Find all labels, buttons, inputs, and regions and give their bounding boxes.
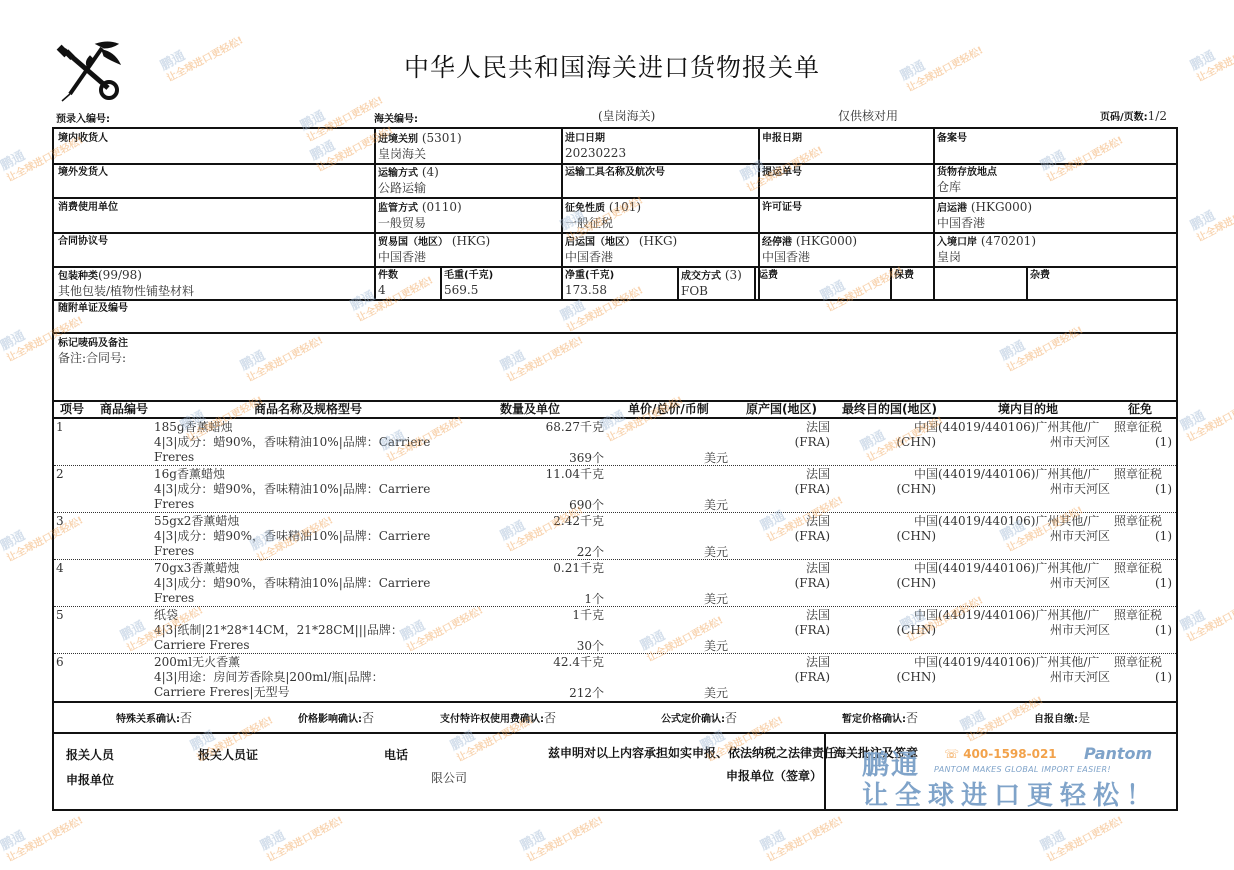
misc-fee-field: 杂费 xyxy=(1030,268,1050,283)
row-levy1: 照章征税 xyxy=(1114,655,1162,670)
col-hs-code: 商品编号 xyxy=(100,402,148,417)
row-item-no: 3 xyxy=(56,514,64,529)
self-declare-confirm: 自报自缴:是 xyxy=(1034,711,1090,727)
row-goods-name: 纸袋 xyxy=(154,608,178,623)
row-origin-code: (FRA) xyxy=(754,623,830,638)
row-domestic1: (44019/440106)广州其他/广 xyxy=(938,655,1099,670)
departure-port-field: 启运港 (HKG000) 中国香港 xyxy=(937,200,1032,231)
watermark: 鹏通让全球进口更轻松! xyxy=(758,802,846,866)
transit-port-field: 经停港 (HKG000) 中国香港 xyxy=(762,234,857,265)
row-origin-code: (FRA) xyxy=(754,529,830,544)
row-goods-name: 200ml无火香薰 xyxy=(154,655,240,670)
row-dest-code: (CHN) xyxy=(874,529,936,544)
customs-emblem-icon xyxy=(56,38,122,102)
row-goods-name: 55gx2香薰蜡烛 xyxy=(154,514,239,529)
royalty-confirm: 支付特许权使用费确认:否 xyxy=(440,711,556,727)
col-destination: 最终目的国(地区) xyxy=(842,402,937,417)
transport-mode-field: 运输方式 (4) 公路运输 xyxy=(378,165,439,196)
vessel-field: 运输工具名称及航次号 xyxy=(565,165,665,180)
row-domestic2: 州市天河区 xyxy=(938,435,1110,450)
row-goods-name: 16g香薰蜡烛 xyxy=(154,467,225,482)
row-domestic2: 州市天河区 xyxy=(938,529,1110,544)
row-item-no: 2 xyxy=(56,467,64,482)
levy-nature-field: 征免性质 (101) 一般征税 xyxy=(565,200,641,231)
row-origin: 法国 xyxy=(754,655,830,670)
row-origin: 法国 xyxy=(754,608,830,623)
package-type-field: 包装种类(99/98) 其他包装/植物性铺垫材料 xyxy=(58,268,194,299)
watermark: 鹏通让全球进口更轻松! xyxy=(898,32,986,96)
row-dest-code: (CHN) xyxy=(874,576,936,591)
supervision-field: 监管方式 (0110) 一般贸易 xyxy=(378,200,462,231)
verification-note: 仅供核对用 xyxy=(838,107,898,124)
row-qty-weight: 1千克 xyxy=(484,608,604,623)
trade-country-field: 贸易国（地区） (HKG) 中国香港 xyxy=(378,234,490,265)
license-no-field: 许可证号 xyxy=(762,200,802,215)
watermark: 鹏通让全球进口更轻松! xyxy=(1188,182,1234,246)
row-goods-spec2: Freres xyxy=(154,450,194,465)
bill-no-field: 提运单号 xyxy=(762,165,802,180)
row-levy2: (1) xyxy=(1114,576,1172,591)
attached-docs-field: 随附单证及编号 xyxy=(58,301,128,316)
row-currency: 美元 xyxy=(704,592,728,607)
consignor-field: 境外发货人 xyxy=(58,165,108,180)
contract-no-field: 合同协议号 xyxy=(58,234,108,249)
watermark: 鹏通让全球进口更轻松! xyxy=(1178,582,1234,646)
page-label: 页码/页数: xyxy=(1100,112,1148,123)
consignee-field: 境内收货人 xyxy=(58,131,108,146)
row-goods-spec1: 4|3|用途：房间芳香除臭|200ml/瓶|品牌： xyxy=(154,670,384,685)
declaring-unit-seal: 申报单位（签章） xyxy=(726,769,822,784)
row-levy2: (1) xyxy=(1114,529,1172,544)
row-goods-spec2: Freres xyxy=(154,497,194,512)
row-dest-code: (CHN) xyxy=(874,482,936,497)
row-qty-weight: 42.4千克 xyxy=(484,655,604,670)
row-goods-spec1: 4|3|成分：蜡90%，香味精油10%|品牌：Carriere xyxy=(154,482,430,497)
row-dest-code: (CHN) xyxy=(874,670,936,685)
row-goods-spec1: 4|3|成分：蜡90%，香味精油10%|品牌：Carriere xyxy=(154,435,430,450)
row-goods-spec2: Carriere Freres xyxy=(154,638,250,653)
pieces-field: 件数4 xyxy=(378,268,398,298)
pantom-brand-stamp: 鹏通 ☏ 400-1598-021 Pantom PANTOM MAKES GL… xyxy=(862,743,1177,809)
row-qty-count: 690个 xyxy=(484,498,604,513)
storage-place-field: 货物存放地点仓库 xyxy=(937,165,997,195)
row-goods-spec2: Carriere Freres|无型号 xyxy=(154,685,290,700)
net-weight-field: 净重(千克)173.58 xyxy=(565,268,614,298)
provisional-price-confirm: 暂定价格确认:否 xyxy=(842,711,918,727)
row-dest-code: (CHN) xyxy=(874,623,936,638)
row-domestic1: (44019/440106)广州其他/广 xyxy=(938,561,1099,576)
insurance-field: 保费 xyxy=(894,268,914,283)
import-date-field: 进口日期20230223 xyxy=(565,131,626,161)
row-currency: 美元 xyxy=(704,686,728,701)
row-dest: 中国 xyxy=(874,561,938,576)
row-origin: 法国 xyxy=(754,420,830,435)
row-domestic1: (44019/440106)广州其他/广 xyxy=(938,608,1099,623)
row-levy2: (1) xyxy=(1114,482,1172,497)
col-price: 单价/总价/币制 xyxy=(628,402,709,417)
watermark: 鹏通让全球进口更轻松! xyxy=(158,22,246,86)
col-quantity: 数量及单位 xyxy=(500,402,560,417)
col-levy: 征免 xyxy=(1128,402,1152,417)
row-goods-spec1: 4|3|纸制|21*28*14CM，21*28CM|||品牌： xyxy=(154,623,403,638)
row-levy2: (1) xyxy=(1114,435,1172,450)
special-relation-confirm: 特殊关系确认:否 xyxy=(116,711,192,727)
record-no-field: 备案号 xyxy=(937,131,967,146)
row-origin: 法国 xyxy=(754,561,830,576)
freight-field: 运费 xyxy=(758,268,778,283)
row-domestic2: 州市天河区 xyxy=(938,670,1110,685)
transaction-mode-field: 成交方式 (3) FOB xyxy=(681,268,742,299)
formula-pricing-confirm: 公式定价确认:否 xyxy=(661,711,737,727)
row-origin-code: (FRA) xyxy=(754,670,830,685)
page-value: 1/2 xyxy=(1148,109,1167,123)
row-domestic2: 州市天河区 xyxy=(938,482,1110,497)
row-domestic2: 州市天河区 xyxy=(938,623,1110,638)
watermark: 鹏通让全球进口更轻松! xyxy=(1188,22,1234,86)
row-qty-weight: 11.04千克 xyxy=(484,467,604,482)
customs-office: (皇岗海关) xyxy=(598,107,655,124)
row-currency: 美元 xyxy=(704,451,728,466)
row-levy2: (1) xyxy=(1114,623,1172,638)
row-levy1: 照章征税 xyxy=(1114,420,1162,435)
row-goods-name: 70gx3香薰蜡烛 xyxy=(154,561,239,576)
row-goods-spec1: 4|3|成分：蜡90%，香味精油10%|品牌：Carriere xyxy=(154,576,430,591)
row-goods-spec2: Freres xyxy=(154,591,194,606)
row-dest: 中国 xyxy=(874,608,938,623)
entry-customs-field: 进境关别 (5301) 皇岗海关 xyxy=(378,131,462,162)
row-goods-spec1: 4|3|成分：蜡90%，香味精油10%|品牌：Carriere xyxy=(154,529,430,544)
col-goods-name: 商品名称及规格型号 xyxy=(254,402,362,417)
consumer-unit-field: 消费使用单位 xyxy=(58,200,118,215)
row-origin-code: (FRA) xyxy=(754,576,830,591)
row-qty-count: 212个 xyxy=(484,686,604,701)
row-goods-name: 185g香薰蜡烛 xyxy=(154,420,233,435)
row-levy1: 照章征税 xyxy=(1114,608,1162,623)
page-title: 中华人民共和国海关进口货物报关单 xyxy=(404,48,820,84)
row-item-no: 6 xyxy=(56,655,64,670)
declaration-form: 境内收货人 进境关别 (5301) 皇岗海关 进口日期20230223 申报日期… xyxy=(52,127,1178,811)
row-item-no: 1 xyxy=(56,420,64,435)
phone-icon: ☏ 400-1598-021 xyxy=(944,747,1057,761)
row-dest: 中国 xyxy=(874,655,938,670)
row-qty-weight: 0.21千克 xyxy=(484,561,604,576)
entry-port-field: 入境口岸 (470201) 皇岗 xyxy=(937,234,1036,265)
row-dest: 中国 xyxy=(874,514,938,529)
row-dest: 中国 xyxy=(874,467,938,482)
gross-weight-field: 毛重(千克)569.5 xyxy=(444,268,493,298)
row-qty-count: 30个 xyxy=(484,639,604,654)
declarant-label: 报关人员 xyxy=(66,748,114,763)
row-currency: 美元 xyxy=(704,639,728,654)
row-item-no: 4 xyxy=(56,561,64,576)
row-qty-count: 22个 xyxy=(484,545,604,560)
col-item-no: 项号 xyxy=(60,402,84,417)
row-domestic1: (44019/440106)广州其他/广 xyxy=(938,420,1099,435)
price-influence-confirm: 价格影响确认:否 xyxy=(298,711,374,727)
row-domestic1: (44019/440106)广州其他/广 xyxy=(938,467,1099,482)
row-qty-count: 369个 xyxy=(484,451,604,466)
row-qty-weight: 68.27千克 xyxy=(484,420,604,435)
customs-no-label: 海关编号: xyxy=(374,110,418,125)
row-domestic1: (44019/440106)广州其他/广 xyxy=(938,514,1099,529)
row-levy1: 照章征税 xyxy=(1114,514,1162,529)
declarant-cert-label: 报关人员证 xyxy=(198,748,258,763)
pre-entry-no-label: 预录入编号: xyxy=(56,110,110,125)
row-dest-code: (CHN) xyxy=(874,435,936,450)
row-currency: 美元 xyxy=(704,545,728,560)
legal-statement: 兹申明对以上内容承担如实申报、依法纳税之法律责任 xyxy=(548,746,836,761)
row-item-no: 5 xyxy=(56,608,64,623)
col-origin: 原产国(地区) xyxy=(746,402,817,417)
row-dest: 中国 xyxy=(874,420,938,435)
row-levy1: 照章征税 xyxy=(1114,467,1162,482)
row-origin-code: (FRA) xyxy=(754,435,830,450)
row-qty-weight: 2.42千克 xyxy=(484,514,604,529)
row-domestic2: 州市天河区 xyxy=(938,576,1110,591)
row-levy2: (1) xyxy=(1114,670,1172,685)
row-goods-spec2: Freres xyxy=(154,544,194,559)
watermark: 鹏通让全球进口更轻松! xyxy=(258,802,346,866)
declare-date-field: 申报日期 xyxy=(762,131,802,146)
row-currency: 美元 xyxy=(704,498,728,513)
col-domestic-dest: 境内目的地 xyxy=(998,402,1058,417)
marks-field: 标记唛码及备注备注:合同号: xyxy=(58,336,128,366)
row-levy1: 照章征税 xyxy=(1114,561,1162,576)
row-qty-count: 1个 xyxy=(484,592,604,607)
watermark: 鹏通让全球进口更轻松! xyxy=(518,802,606,866)
departure-country-field: 启运国（地区） (HKG) 中国香港 xyxy=(565,234,677,265)
phone-label: 电话 xyxy=(384,748,408,763)
page-indicator: 页码/页数:1/2 xyxy=(1100,108,1167,123)
declaring-unit-label: 申报单位 xyxy=(66,773,114,788)
row-origin: 法国 xyxy=(754,514,830,529)
watermark: 鹏通让全球进口更轻松! xyxy=(0,802,86,866)
row-origin: 法国 xyxy=(754,467,830,482)
declaring-unit-value: 限公司 xyxy=(431,771,467,786)
watermark: 鹏通让全球进口更轻松! xyxy=(1178,382,1234,446)
row-origin-code: (FRA) xyxy=(754,482,830,497)
